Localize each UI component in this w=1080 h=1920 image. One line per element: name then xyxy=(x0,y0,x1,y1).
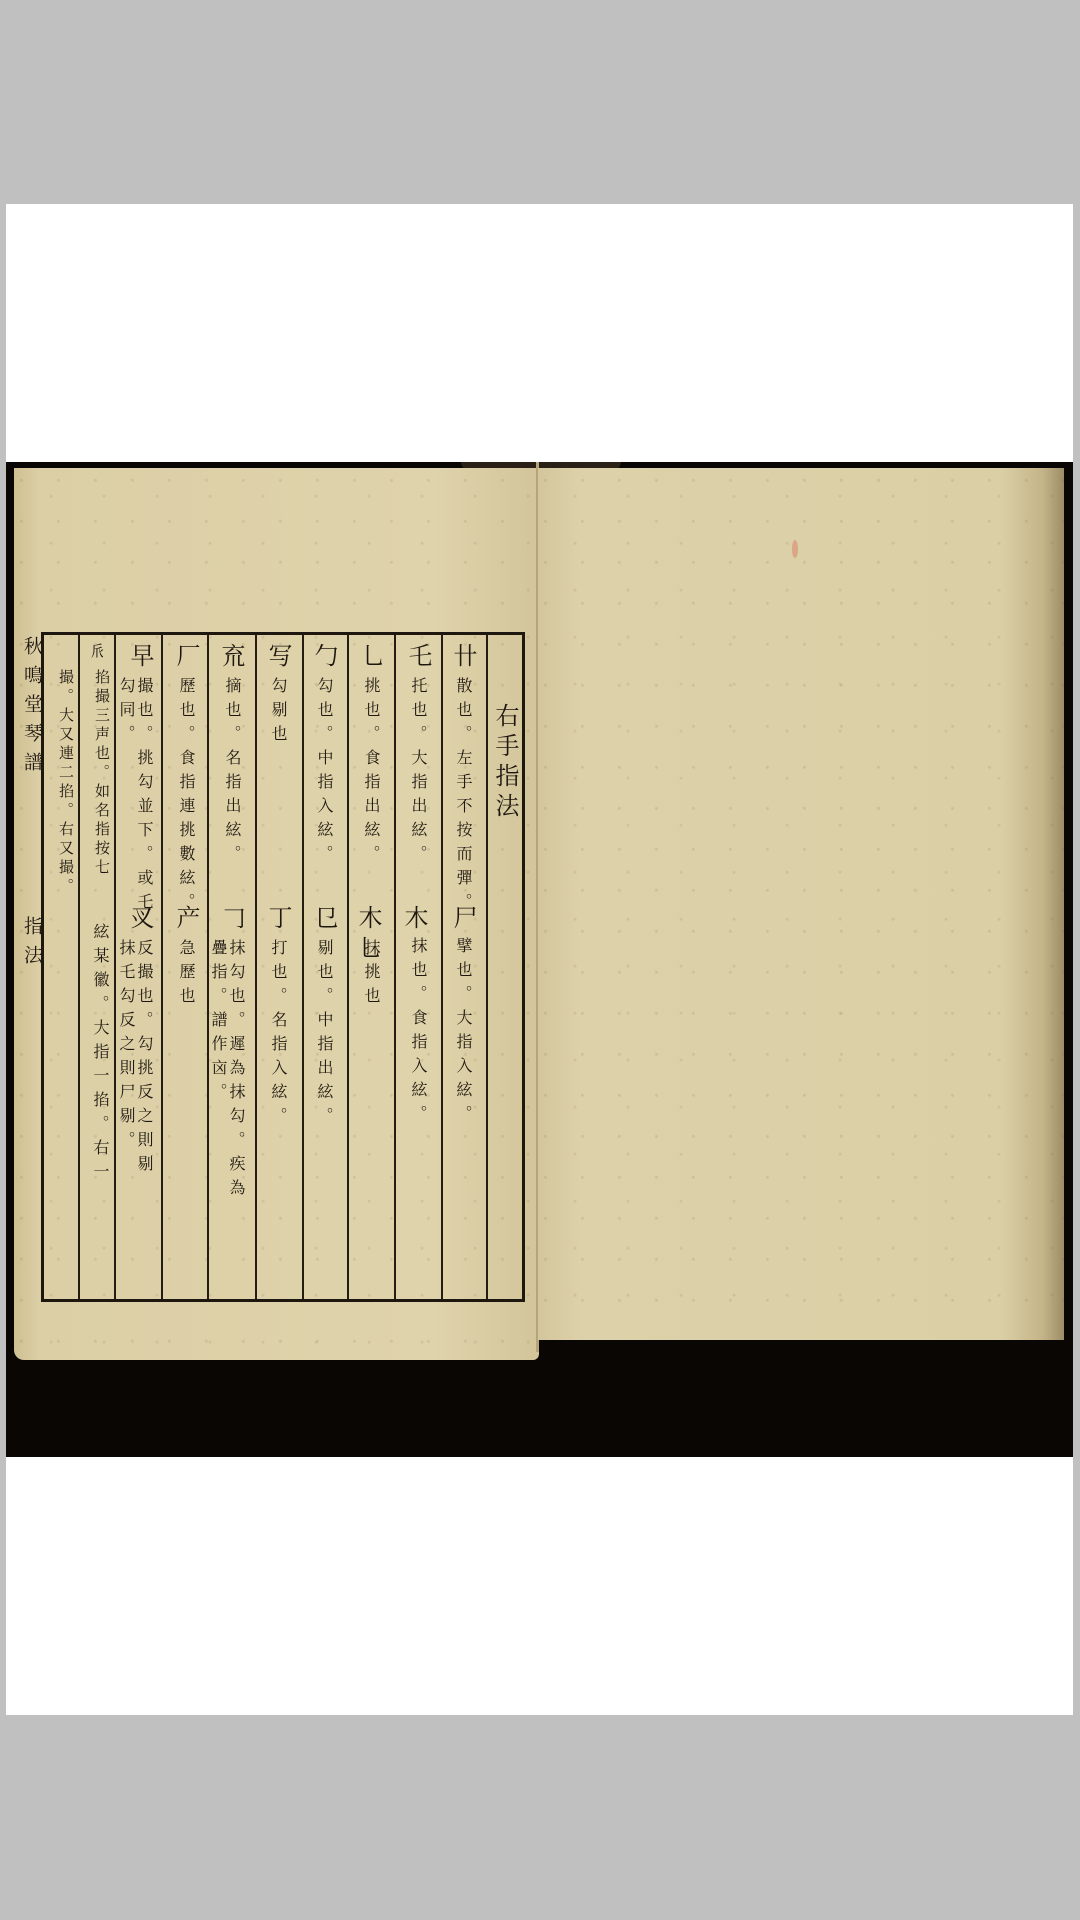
left-text-frame: 右手指法 卄 散也。左手不按而彈。 尸 擘也。大指入絃。 乇 托也。大指出絃。 … xyxy=(41,632,525,1302)
entry-text: 抹乇勾反之則尸剔。 xyxy=(118,939,134,1155)
entry-text: 勾同。 xyxy=(118,677,134,749)
entry-text: 抹勾也。遲為抹勾。疾為 xyxy=(228,939,244,1203)
margin-book-title: 秋鳴堂琴譜 xyxy=(22,636,41,781)
entry-text: 剔也。中指出絃。 xyxy=(316,939,332,1131)
entry-text: 擘也。大指入絃。 xyxy=(455,937,471,1129)
glyph: 早 xyxy=(128,643,152,673)
glyph: 𠂢 xyxy=(89,643,104,668)
entry-text: 絃某徽。大指一掐。右一 xyxy=(92,923,108,1187)
right-page: 樵歌 宮音 此曲用中吕均彈。不轉絃而換調。 卷五無射均 凡五曲 瀟湘水雲 商音 … xyxy=(538,468,1064,1340)
book-scan-image: 秋鳴堂琴譜 指法 右手指法 卄 散也。左手不按而彈。 尸 擘也。大指入絃。 乇 … xyxy=(6,462,1073,1457)
entry-text: 撮。大又連二掐。右又撮。 xyxy=(58,669,73,897)
glyph: 卄 xyxy=(451,643,475,673)
glyph: 㐬 xyxy=(219,643,243,673)
glyph: 𠃌 xyxy=(219,905,243,935)
left-page: 秋鳴堂琴譜 指法 右手指法 卄 散也。左手不按而彈。 尸 擘也。大指入絃。 乇 … xyxy=(14,468,539,1360)
glyph: 尸 xyxy=(451,905,475,935)
glyph: 勹 xyxy=(312,643,336,673)
entry-text: 歷也。食指連挑數絃。 xyxy=(178,677,194,917)
glyph: 木 xyxy=(402,905,426,935)
glyph: 产 xyxy=(174,905,198,935)
red-stain xyxy=(792,540,798,558)
entry-text: 勾也。中指入絃。 xyxy=(316,677,332,869)
entry-text: 抹挑也 xyxy=(363,939,379,1011)
entry-text: 挑也。食指出絃。 xyxy=(363,677,379,869)
entry-text: 掐撮三声也。如名指按七 xyxy=(94,669,109,878)
entry-text: 反撮也。勾挑反之則剔 xyxy=(136,939,152,1179)
entry-text: 托也。大指出絃。 xyxy=(410,677,426,869)
glyph: 乚 xyxy=(359,643,383,673)
entry-text: 疊指。譜作㐫。 xyxy=(210,939,226,1107)
entry-text: 抹也。食指入絃。 xyxy=(410,937,426,1129)
entry-text: 撮也。挑勾並下。或乇 xyxy=(136,677,152,917)
glyph: 㕚 xyxy=(128,905,152,935)
glyph: 乇 xyxy=(406,643,430,673)
section-heading: 右手指法 xyxy=(493,703,517,823)
glyph: 厂 xyxy=(174,643,198,673)
entry-text: 打也。名指入絃。 xyxy=(270,939,286,1131)
entry-text: 摘也。名指出絃。 xyxy=(224,677,240,869)
entry-text: 散也。左手不按而彈。 xyxy=(455,677,471,917)
entry-text: 勾剔也 xyxy=(270,677,286,749)
glyph: 㔾 xyxy=(312,905,336,935)
margin-section-title: 指法 xyxy=(22,916,41,974)
glyph: 丁 xyxy=(266,905,290,935)
glyph: 写 xyxy=(266,643,290,673)
entry-text: 急歷也 xyxy=(178,939,194,1011)
